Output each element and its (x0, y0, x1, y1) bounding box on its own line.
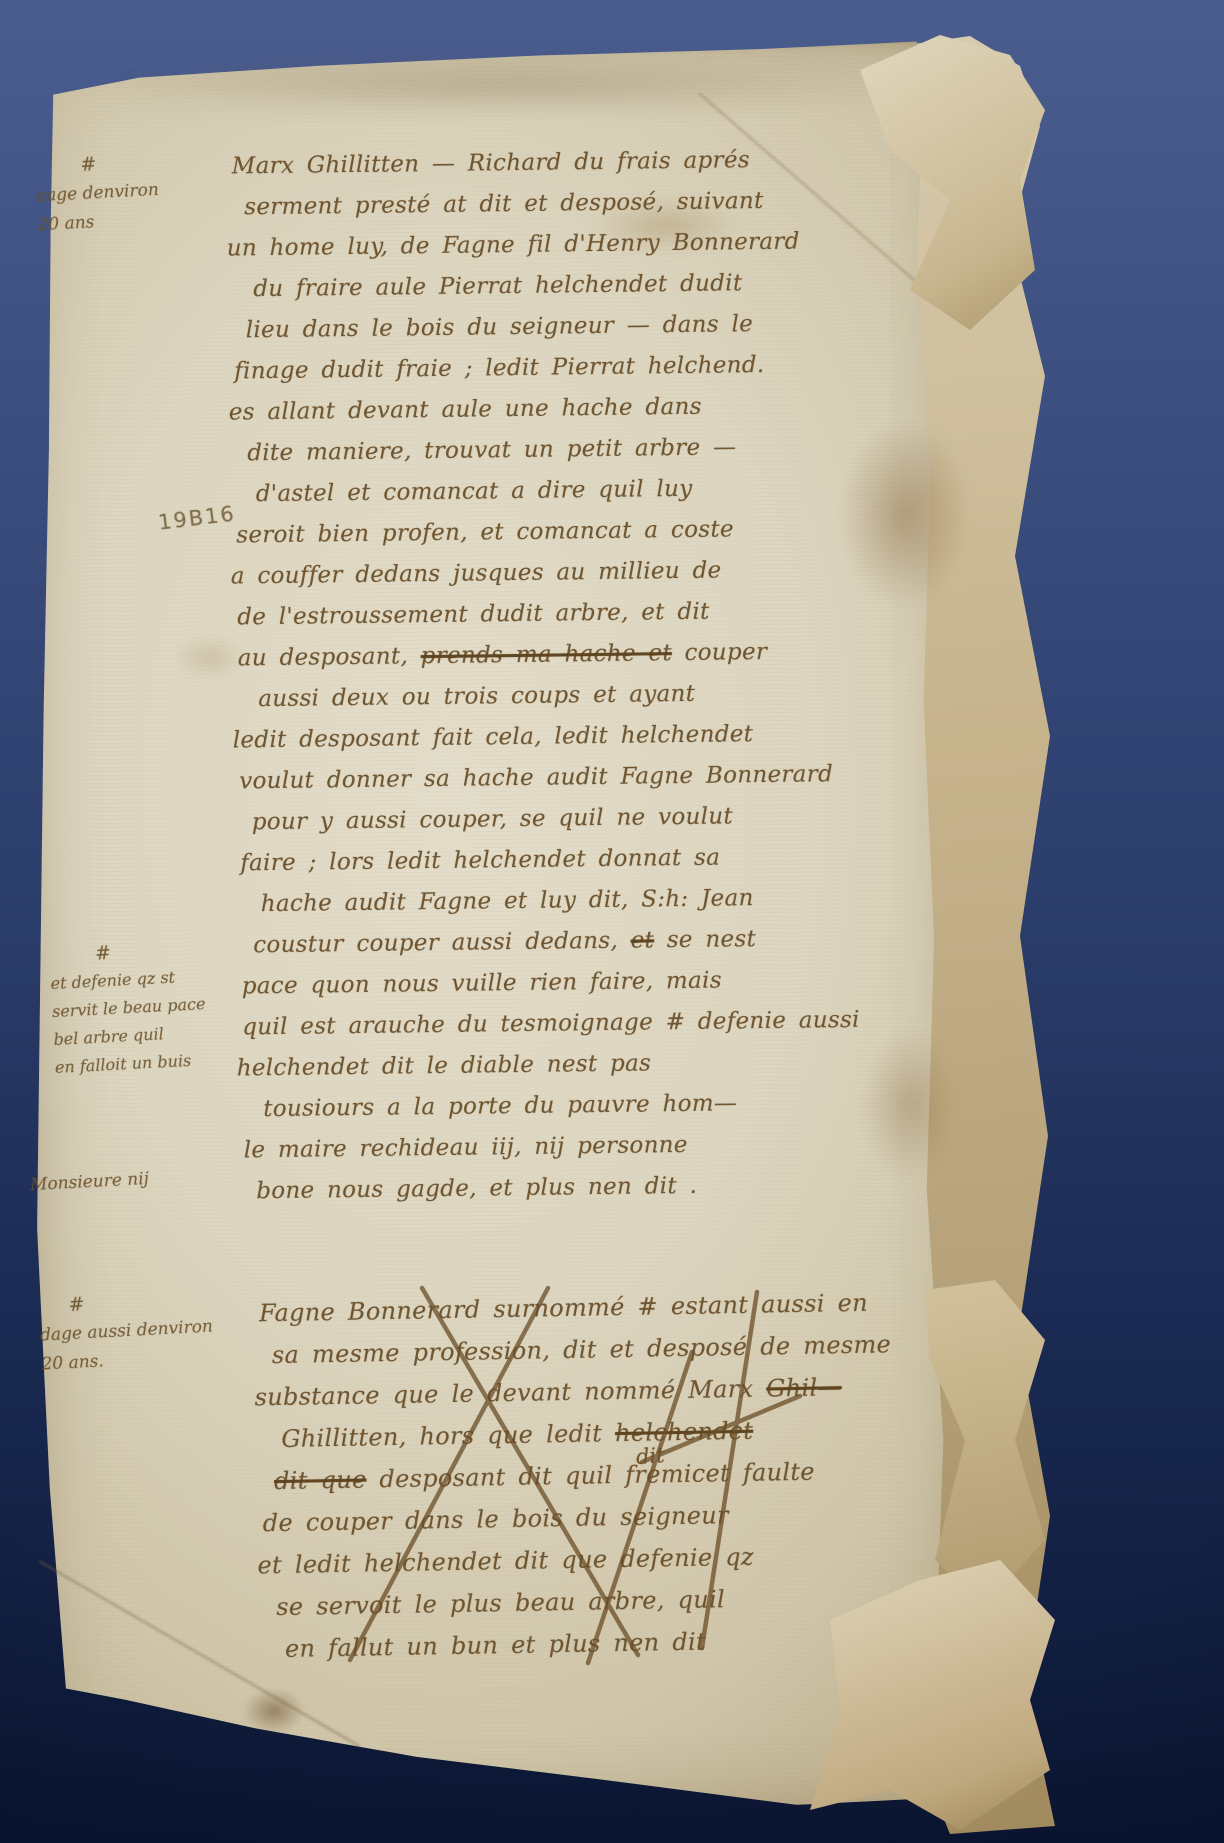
manuscript-line: quil est arauche du tesmoignage # defeni… (242, 999, 962, 1049)
struck-text: dit que (274, 1465, 367, 1495)
manuscript-line: bone nous gagde, et plus nen dit . (256, 1163, 964, 1213)
margin-note-line: Monsieure nij (29, 1165, 149, 1200)
margin-note-age-witness1: # aage denviron 20 ans (34, 147, 161, 240)
margin-note-defense: # et defenie qz st servit le beau pace b… (48, 934, 209, 1082)
margin-note-age-witness2: # dage aussi denviron 20 ans. (38, 1284, 215, 1380)
struck-text: prends ma hache et (421, 640, 673, 669)
struck-text: Ghil— (766, 1373, 842, 1402)
struck-text: helchendet (615, 1417, 754, 1447)
deposition-paragraph-1: Marx Ghillitten — Richard du frais aprés… (232, 138, 965, 1213)
deposition-paragraph-2: Fagne Bonnerard surnommé # estant aussi … (259, 1280, 985, 1671)
hash-mark: # (80, 147, 158, 180)
photo-background: # aage denviron 20 ans 19B16 # et defeni… (0, 0, 1224, 1843)
margin-note-monsieur: Monsieure nij (29, 1165, 149, 1200)
struck-text: et (630, 927, 654, 953)
